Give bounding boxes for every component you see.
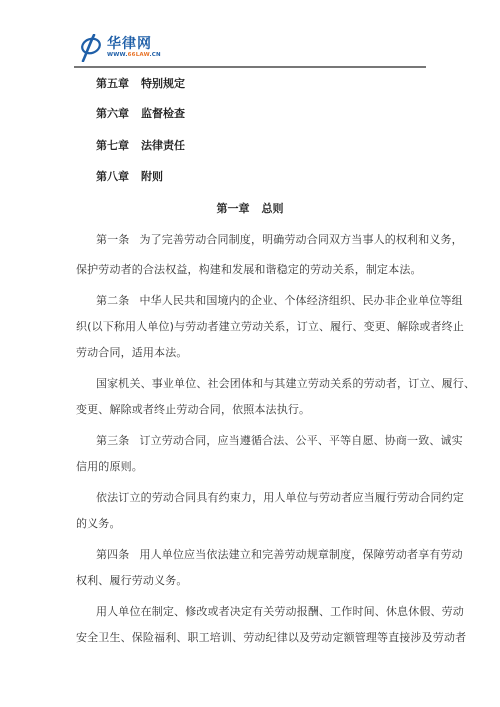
paragraph-line: 变更、解除或者终止劳动合同，依照本法执行。 <box>76 401 310 417</box>
line-text: 的义务。 <box>76 517 121 530</box>
huaxia-law-logo-icon <box>78 34 104 62</box>
toc-chapter-title: 监督检查 <box>141 107 185 120</box>
toc-item: 第五章特别规定 <box>96 75 185 91</box>
document-page: 华律网 WWW.66LAW.CN 第五章特别规定 第六章监督检查 第七章法律责任… <box>0 0 500 707</box>
paragraph-line: 劳动合同，适用本法。 <box>76 344 188 360</box>
line-text: 中华人民共和国境内的企业、个体经济组织、民办非企业单位等组 <box>139 294 462 307</box>
toc-item: 第六章监督检查 <box>96 105 185 121</box>
article-number: 第三条 <box>96 434 129 447</box>
chapter-heading: 第一章总则 <box>0 200 500 216</box>
paragraph-line: 第四条用人单位应当依法建立和完善劳动规章制度，保障劳动者享有劳动 <box>96 546 463 562</box>
line-text: 用人单位应当依法建立和完善劳动规章制度，保障劳动者享有劳动 <box>139 548 462 561</box>
article-number: 第一条 <box>96 233 129 246</box>
paragraph-line: 织(以下称用人单位)与劳动者建立劳动关系，订立、履行、变更、解除或者终止 <box>76 318 464 334</box>
toc-chapter-number: 第六章 <box>96 107 129 120</box>
logo-name: 华律网 <box>107 37 161 51</box>
chapter-title: 总则 <box>262 202 284 215</box>
chapter-number: 第一章 <box>217 202 250 215</box>
header-divider <box>74 66 426 68</box>
article-number: 第二条 <box>96 294 129 307</box>
line-text: 保护劳动者的合法权益，构建和发展和谐稳定的劳动关系，制定本法。 <box>76 263 422 276</box>
paragraph-line: 的义务。 <box>76 515 121 531</box>
line-text: 信用的原则。 <box>76 460 143 473</box>
line-text: 变更、解除或者终止劳动合同，依照本法执行。 <box>76 403 310 416</box>
logo-url-prefix: WWW. <box>107 52 128 58</box>
line-text: 用人单位在制定、修改或者决定有关劳动报酬、工作时间、休息休假、劳动 <box>96 605 464 618</box>
paragraph-line: 第三条订立劳动合同，应当遵循合法、公平、平等自愿、协商一致、诚实 <box>96 432 463 448</box>
line-text: 权利、履行劳动义务。 <box>76 574 188 587</box>
paragraph-line: 第一条为了完善劳动合同制度，明确劳动合同双方当事人的权利和义务， <box>96 231 463 247</box>
paragraph-line: 依法订立的劳动合同具有约束力，用人单位与劳动者应当履行劳动合同约定 <box>96 489 464 505</box>
toc-chapter-title: 附则 <box>141 170 163 183</box>
page-header: 华律网 WWW.66LAW.CN <box>74 33 426 65</box>
paragraph-line: 安全卫生、保险福利、职工培训、劳动纪律以及劳动定额管理等直接涉及劳动者 <box>76 629 466 645</box>
toc-chapter-number: 第七章 <box>96 139 129 152</box>
line-text: 劳动合同，适用本法。 <box>76 346 188 359</box>
line-text: 依法订立的劳动合同具有约束力，用人单位与劳动者应当履行劳动合同约定 <box>96 491 464 504</box>
line-text: 订立劳动合同，应当遵循合法、公平、平等自愿、协商一致、诚实 <box>139 434 462 447</box>
article-number: 第四条 <box>96 548 129 561</box>
line-text: 安全卫生、保险福利、职工培训、劳动纪律以及劳动定额管理等直接涉及劳动者 <box>76 631 466 644</box>
toc-chapter-number: 第八章 <box>96 170 129 183</box>
paragraph-line: 国家机关、事业单位、社会团体和与其建立劳动关系的劳动者，订立、履行、 <box>96 375 475 391</box>
line-text: 织(以下称用人单位)与劳动者建立劳动关系，订立、履行、变更、解除或者终止 <box>76 320 464 333</box>
line-text: 为了完善劳动合同制度，明确劳动合同双方当事人的权利和义务， <box>139 233 462 246</box>
paragraph-line: 保护劳动者的合法权益，构建和发展和谐稳定的劳动关系，制定本法。 <box>76 261 422 277</box>
toc-chapter-title: 特别规定 <box>141 77 185 90</box>
toc-chapter-title: 法律责任 <box>141 139 185 152</box>
paragraph-line: 权利、履行劳动义务。 <box>76 572 188 588</box>
paragraph-line: 用人单位在制定、修改或者决定有关劳动报酬、工作时间、休息休假、劳动 <box>96 603 464 619</box>
logo-url-accent: 66LAW <box>128 52 150 58</box>
line-text: 国家机关、事业单位、社会团体和与其建立劳动关系的劳动者，订立、履行、 <box>96 377 475 390</box>
paragraph-line: 第二条中华人民共和国境内的企业、个体经济组织、民办非企业单位等组 <box>96 292 463 308</box>
site-logo[interactable]: 华律网 WWW.66LAW.CN <box>78 33 161 63</box>
logo-url: WWW.66LAW.CN <box>107 53 161 59</box>
logo-url-suffix: .CN <box>149 52 160 58</box>
paragraph-line: 信用的原则。 <box>76 458 143 474</box>
toc-item: 第八章附则 <box>96 168 163 184</box>
toc-item: 第七章法律责任 <box>96 137 185 153</box>
toc-chapter-number: 第五章 <box>96 77 129 90</box>
